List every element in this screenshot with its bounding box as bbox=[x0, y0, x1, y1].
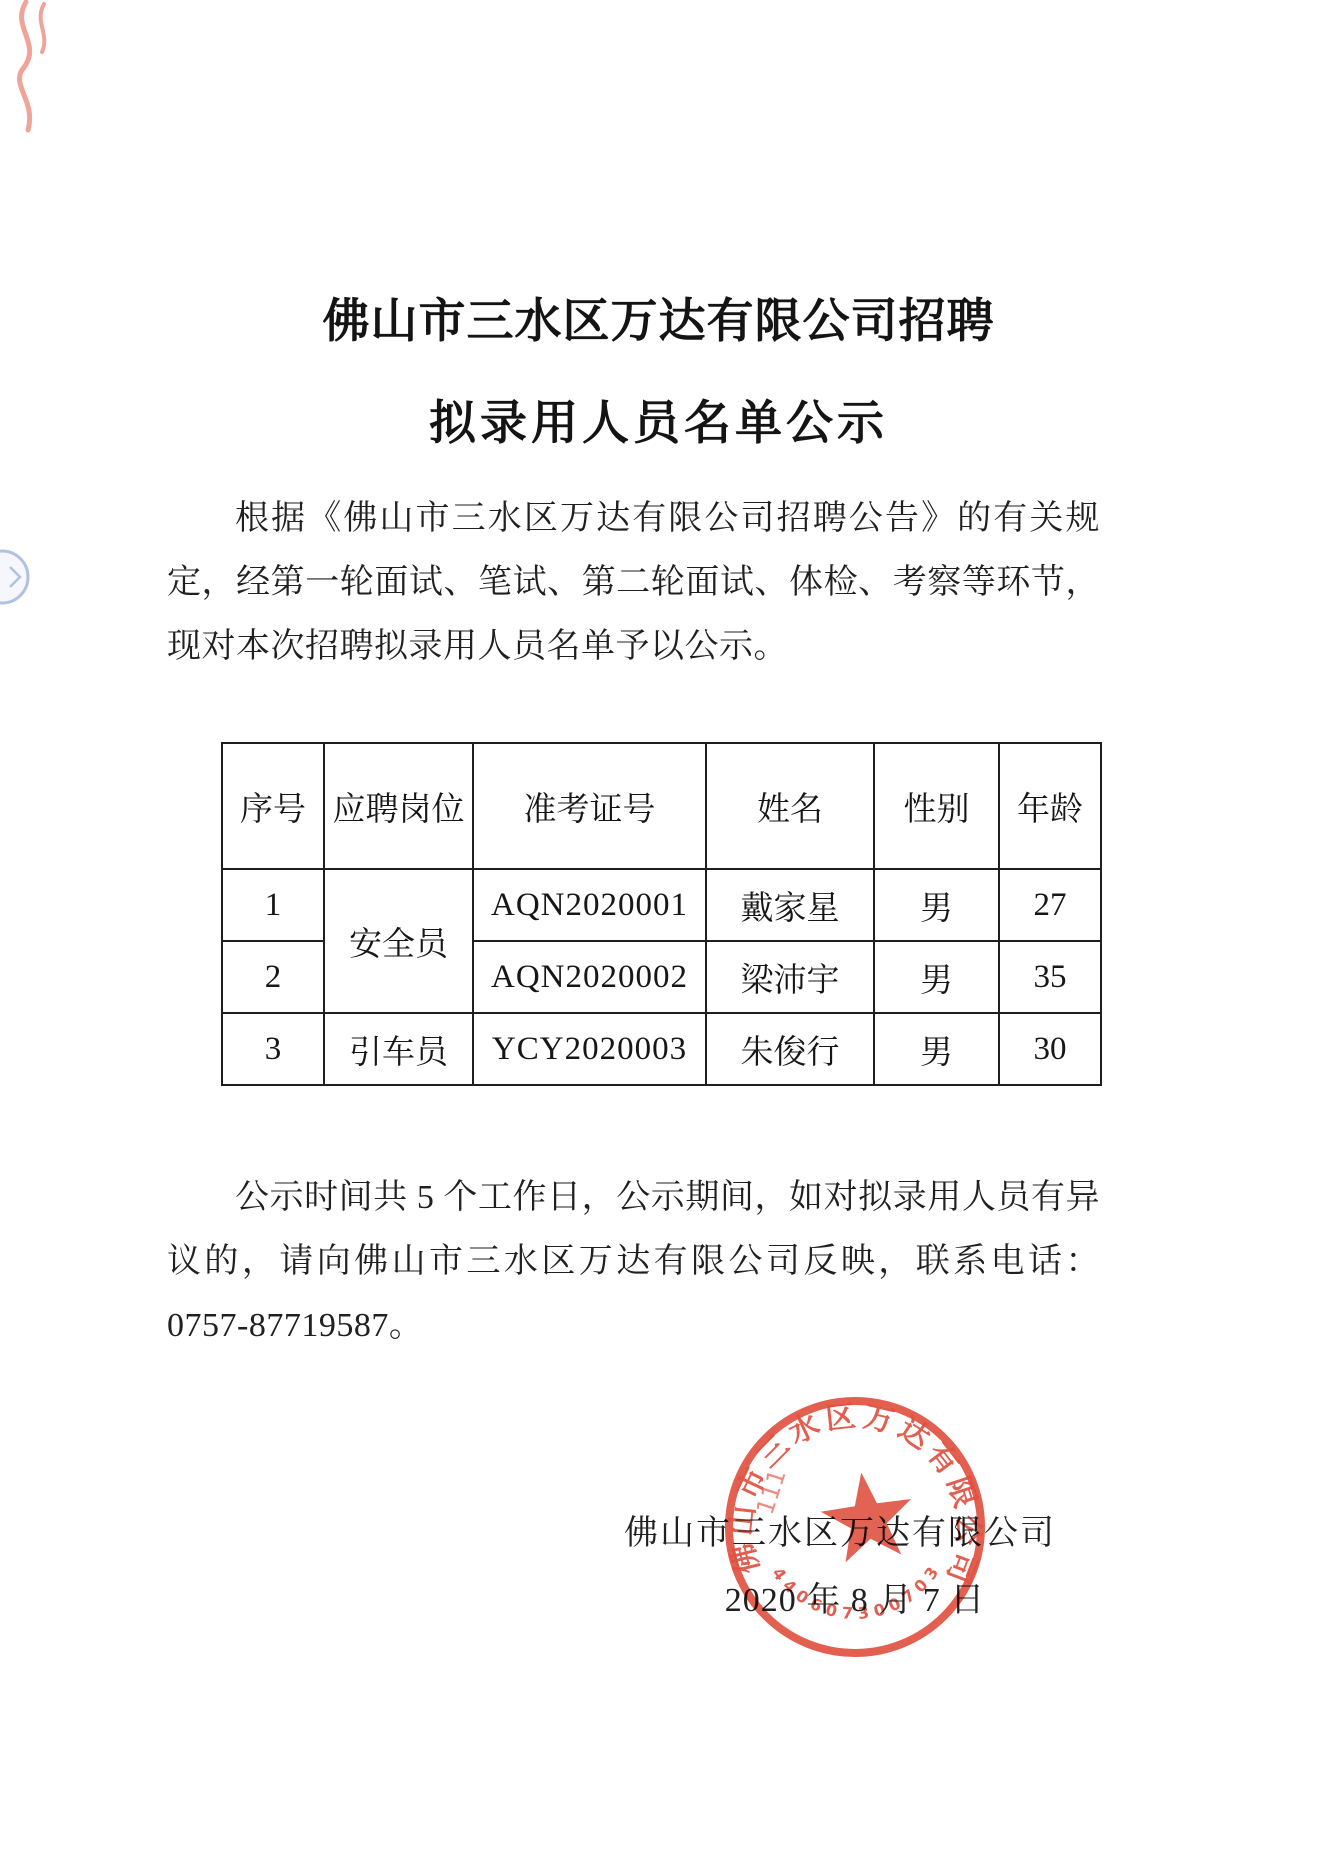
document-page: 佛山市三水区万达有限公司招聘 拟录用人员名单公示 根据《佛山市三水区万达有限公司… bbox=[0, 0, 1317, 1870]
cell-name: 朱俊行 bbox=[706, 1013, 874, 1085]
cell-ticket-no: YCY2020003 bbox=[473, 1013, 706, 1085]
seal-star-icon bbox=[821, 1473, 911, 1563]
company-seal: 佛山市三水区万达有限公司 4406073007032 111 bbox=[722, 1394, 988, 1660]
cell-position-merged: 安全员 bbox=[324, 869, 473, 1013]
header-position: 应聘岗位 bbox=[324, 743, 473, 869]
cell-age: 30 bbox=[999, 1013, 1101, 1085]
cell-gender: 男 bbox=[874, 1013, 999, 1085]
scan-scribble-artifact bbox=[4, 0, 64, 135]
table-row: 1 安全员 AQN2020001 戴家星 男 27 bbox=[222, 869, 1101, 941]
cell-position: 引车员 bbox=[324, 1013, 473, 1085]
cell-gender: 男 bbox=[874, 941, 999, 1013]
cell-age: 27 bbox=[999, 869, 1101, 941]
cell-serial-no: 3 bbox=[222, 1013, 324, 1085]
opening-paragraph: 根据《佛山市三水区万达有限公司招聘公告》的有关规定，经第一轮面试、笔试、第二轮面… bbox=[167, 487, 1100, 679]
header-ticket-no: 准考证号 bbox=[473, 743, 706, 869]
cell-name: 戴家星 bbox=[706, 869, 874, 941]
blue-stamp-fragment bbox=[0, 545, 38, 609]
hired-candidates-table: 序号 应聘岗位 准考证号 姓名 性别 年龄 1 安全员 AQN2020001 戴… bbox=[221, 742, 1102, 1086]
table-row: 3 引车员 YCY2020003 朱俊行 男 30 bbox=[222, 1013, 1101, 1085]
closing-paragraph: 公示时间共 5 个工作日，公示期间，如对拟录用人员有异议的，请向佛山市三水区万达… bbox=[167, 1166, 1100, 1358]
document-title-line1: 佛山市三水区万达有限公司招聘 bbox=[0, 284, 1317, 351]
cell-serial-no: 2 bbox=[222, 941, 324, 1013]
document-title-line2: 拟录用人员名单公示 bbox=[0, 386, 1317, 453]
cell-gender: 男 bbox=[874, 869, 999, 941]
cell-ticket-no: AQN2020002 bbox=[473, 941, 706, 1013]
cell-name: 梁沛宇 bbox=[706, 941, 874, 1013]
header-gender: 性别 bbox=[874, 743, 999, 869]
cell-serial-no: 1 bbox=[222, 869, 324, 941]
cell-ticket-no: AQN2020001 bbox=[473, 869, 706, 941]
table-header-row: 序号 应聘岗位 准考证号 姓名 性别 年龄 bbox=[222, 743, 1101, 869]
header-serial-no: 序号 bbox=[222, 743, 324, 869]
cell-age: 35 bbox=[999, 941, 1101, 1013]
header-name: 姓名 bbox=[706, 743, 874, 869]
header-age: 年龄 bbox=[999, 743, 1101, 869]
